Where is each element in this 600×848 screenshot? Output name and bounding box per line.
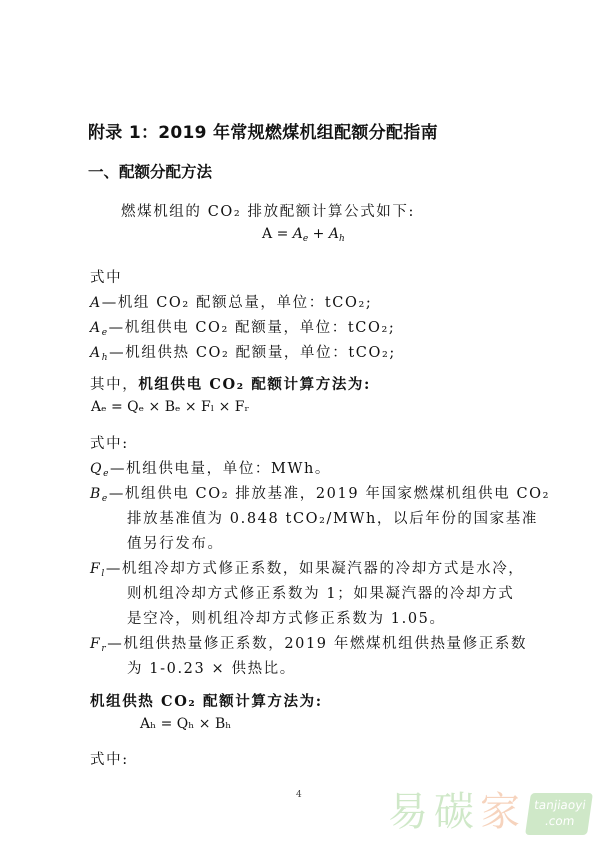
page-number: 4 xyxy=(296,790,302,800)
watermark-char: 易 xyxy=(388,783,428,841)
page-title: 附录 1：2019 年常规燃煤机组配额分配指南 xyxy=(88,118,438,143)
definition-text: —机组供电 CO₂ 排放基准，2019 年国家燃煤机组供电 CO₂ xyxy=(109,486,550,502)
watermark-logo: 易 碳 家 tanjiaoyi .com xyxy=(388,783,593,841)
definition-be: Be—机组供电 CO₂ 排放基准，2019 年国家燃煤机组供电 CO₂ xyxy=(90,482,550,503)
formula-operator: = xyxy=(272,226,293,242)
definition-text: —机组供热量修正系数，2019 年燃煤机组供热量修正系数 xyxy=(107,636,527,652)
formula-symbol: A xyxy=(293,226,303,242)
intro-text: 燃煤机组的 CO₂ 排放配额计算公式如下: xyxy=(121,200,415,221)
definition-text: —机组供热 CO₂ 配额量，单位：tCO₂; xyxy=(109,345,396,361)
definition-text: —机组冷却方式修正系数，如果凝汽器的冷却方式是水冷， xyxy=(106,561,525,577)
definition-be-cont: 值另行发布。 xyxy=(127,532,224,553)
where-label: 式中 xyxy=(90,266,122,287)
formula-heat: Aₕ = Qₕ × Bₕ xyxy=(140,716,231,732)
definition-fr: Fr—机组供热量修正系数，2019 年燃煤机组供热量修正系数 xyxy=(90,632,527,653)
watermark-domain-bottom: .com xyxy=(544,814,575,828)
subscript: e xyxy=(102,494,109,504)
symbol: A xyxy=(90,320,102,336)
watermark-domain-badge: tanjiaoyi .com xyxy=(525,793,593,835)
definition-text: —机组 CO₂ 配额总量，单位：tCO₂; xyxy=(102,295,373,311)
symbol: A xyxy=(90,295,102,311)
where-label: 式中: xyxy=(90,748,129,769)
definition-text: —机组供电量，单位：MWh。 xyxy=(110,461,331,477)
where-label: 式中: xyxy=(90,432,129,453)
heading-prefix: 其中， xyxy=(90,377,138,393)
formula-symbol: A xyxy=(262,226,272,242)
symbol: A xyxy=(90,345,102,361)
definition-fr-cont: 为 1-0.23 × 供热比。 xyxy=(127,657,296,678)
symbol: B xyxy=(90,486,102,502)
subscript: e xyxy=(102,328,109,338)
section-heading: 一、配额分配方法 xyxy=(88,160,212,182)
watermark-char: 碳 xyxy=(434,783,474,841)
watermark-char: 家 xyxy=(480,783,520,841)
subscript: h xyxy=(102,353,109,363)
symbol: F xyxy=(90,561,101,577)
definition-a: A—机组 CO₂ 配额总量，单位：tCO₂; xyxy=(90,291,372,312)
formula-subscript: h xyxy=(339,234,345,244)
definition-be-cont: 排放基准值为 0.848 tCO₂/MWh，以后年份的国家基准 xyxy=(127,507,538,528)
heading-bold: 机组供电 CO₂ 配额计算方法为: xyxy=(138,376,371,393)
subscript: e xyxy=(103,469,110,479)
definition-qe: Qe—机组供电量，单位：MWh。 xyxy=(90,457,331,478)
definition-ah: Ah—机组供热 CO₂ 配额量，单位：tCO₂; xyxy=(90,341,396,362)
formula-elec: Aₑ = Qₑ × Bₑ × Fₗ × Fᵣ xyxy=(91,399,249,415)
symbol: F xyxy=(90,636,101,652)
formula-symbol: A xyxy=(329,226,339,242)
definition-fl: Fl—机组冷却方式修正系数，如果凝汽器的冷却方式是水冷， xyxy=(90,557,524,578)
definition-fl-cont: 则机组冷却方式修正系数为 1；如果凝汽器的冷却方式 xyxy=(127,582,514,603)
heat-heading: 机组供热 CO₂ 配额计算方法为: xyxy=(90,690,323,711)
formula-main: A = Ae + Ah xyxy=(262,226,345,242)
watermark-domain-top: tanjiaoyi xyxy=(533,798,586,812)
definition-text: —机组供电 CO₂ 配额量，单位：tCO₂; xyxy=(109,320,396,336)
definition-ae: Ae—机组供电 CO₂ 配额量，单位：tCO₂; xyxy=(90,316,395,337)
symbol: Q xyxy=(90,461,103,477)
elec-heading: 其中，机组供电 CO₂ 配额计算方法为: xyxy=(90,373,371,394)
formula-operator: + xyxy=(308,226,329,242)
definition-fl-cont: 是空冷，则机组冷却方式修正系数为 1.05。 xyxy=(127,607,446,628)
